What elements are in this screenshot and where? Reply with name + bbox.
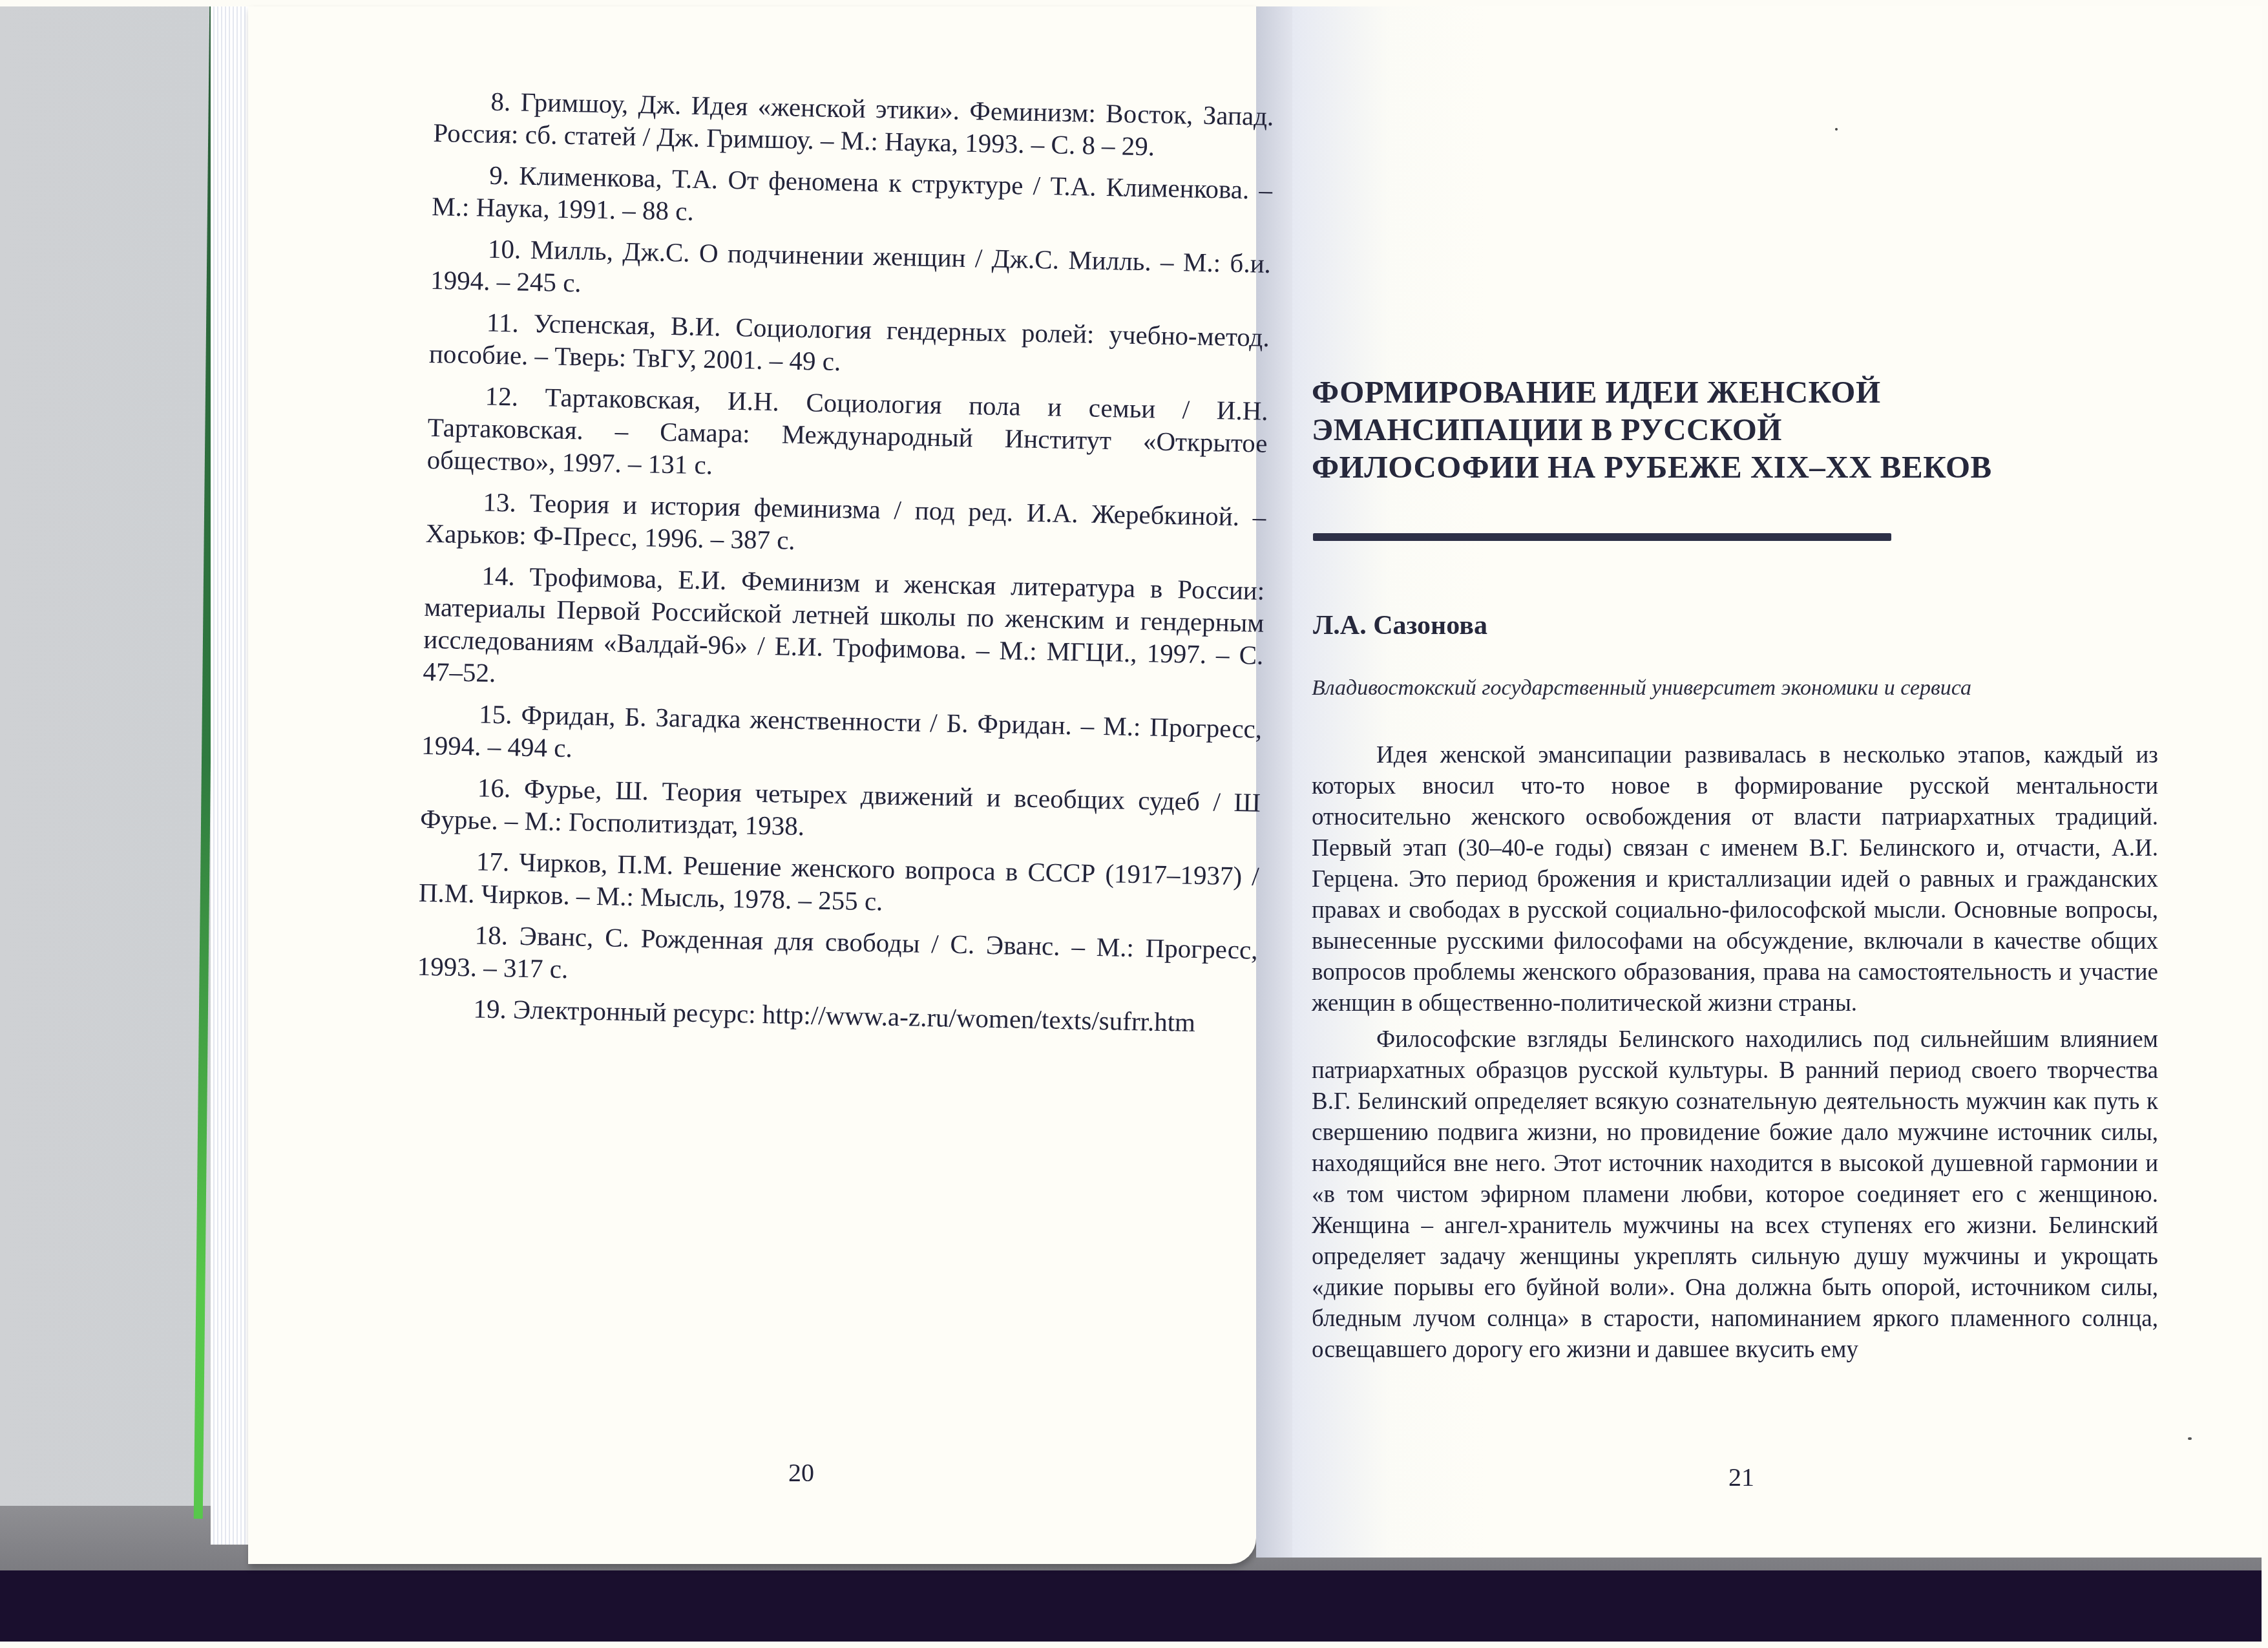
bibliography-entry: 14. Трофимова, Е.И. Феминизм и женская л… bbox=[423, 558, 1265, 704]
bibliography-entry: 19. Электронный ресурс: http://www.a-z.r… bbox=[416, 991, 1257, 1040]
scan-speck bbox=[1835, 128, 1838, 131]
bibliography-entry: 15. Фридан, Б. Загадка женственности / Б… bbox=[421, 697, 1263, 777]
title-divider bbox=[1313, 533, 1891, 541]
title-line: ФОРМИРОВАНИЕ ИДЕИ ЖЕНСКОЙ bbox=[1312, 374, 2022, 411]
author-affiliation: Владивостокский государственный универси… bbox=[1312, 676, 1971, 701]
bibliography-entry: 12. Тартаковская, И.Н. Социология пола и… bbox=[426, 379, 1268, 492]
bibliography-entry: 10. Милль, Дж.С. О подчинении женщин / Д… bbox=[430, 231, 1272, 312]
bibliography-list: 8. Гримшоу, Дж. Идея «женской этики». Фе… bbox=[416, 84, 1274, 1049]
page-number-left: 20 bbox=[788, 1457, 814, 1488]
title-line: ЭМАНСИПАЦИИ В РУССКОЙ bbox=[1312, 411, 2022, 449]
bibliography-entry: 9. Клименкова, Т.А. От феномена к структ… bbox=[432, 158, 1273, 238]
bibliography-entry: 17. Чирков, П.М. Решение женского вопрос… bbox=[419, 844, 1260, 925]
page-stack-edges bbox=[211, 6, 248, 1545]
page-number-right: 21 bbox=[1728, 1462, 1754, 1492]
bibliography-entry: 13. Теория и история феминизма / под ред… bbox=[425, 485, 1266, 565]
scanner-background-bottom bbox=[0, 1570, 2262, 1642]
bibliography-entry: 18. Эванс, С. Рожденная для свободы / С.… bbox=[417, 918, 1258, 998]
article-title: ФОРМИРОВАНИЕ ИДЕИ ЖЕНСКОЙ ЭМАНСИПАЦИИ В … bbox=[1312, 374, 2022, 486]
body-paragraph: Идея женской эмансипации развивалась в н… bbox=[1312, 740, 2158, 1019]
article-author: Л.А. Сазонова bbox=[1313, 610, 1487, 641]
bibliography-entry: 16. Фурье, Ш. Теория четырех движений и … bbox=[420, 770, 1261, 851]
bibliography-entry: 11. Успенская, В.И. Социология гендерных… bbox=[429, 305, 1270, 386]
scan-speck bbox=[2188, 1437, 2192, 1440]
title-line: ФИЛОСОФИИ НА РУБЕЖЕ XIX–XX ВЕКОВ bbox=[1312, 449, 2022, 486]
article-body: Идея женской эмансипации развивалась в н… bbox=[1312, 740, 2158, 1371]
body-paragraph: Философские взгляды Белинского находилис… bbox=[1312, 1024, 2158, 1366]
